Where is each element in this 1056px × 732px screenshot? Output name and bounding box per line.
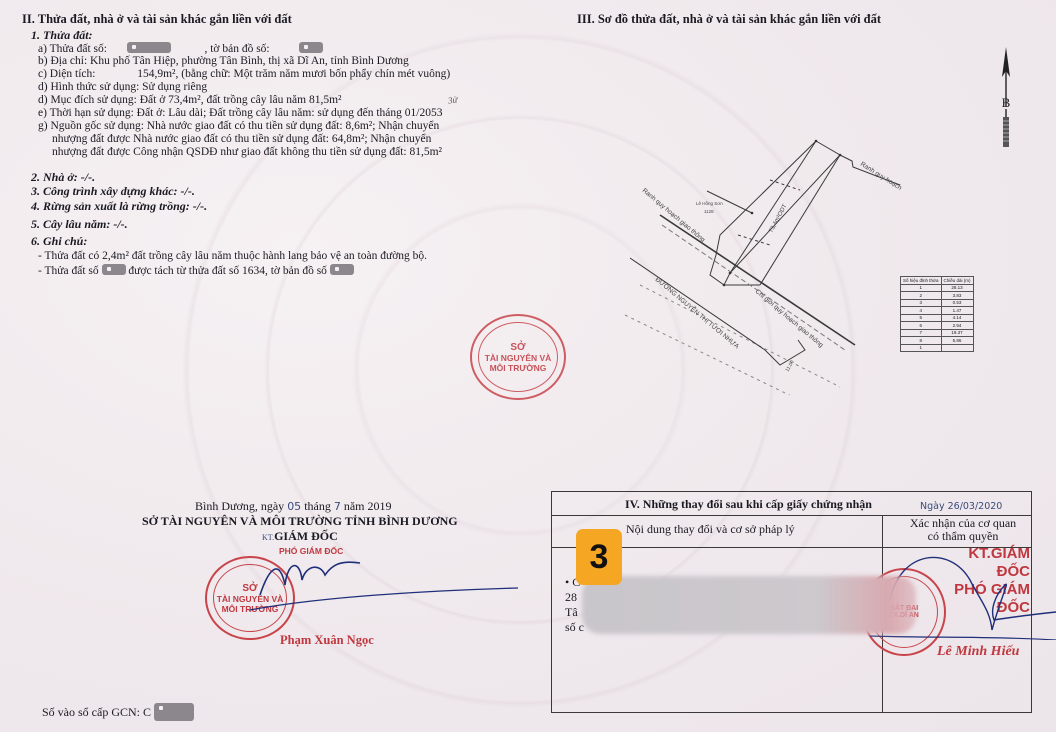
area-label: c) Diện tích:	[38, 68, 95, 80]
edge-table-row: 54.14	[901, 314, 974, 322]
edge-length: 2.94	[941, 322, 973, 330]
overlay-index-badge: 3	[576, 529, 622, 585]
left-signer-name: Phạm Xuân Ngọc	[280, 633, 374, 648]
map-sheet-label: , tờ bản đồ số:	[204, 43, 269, 55]
section-3-title: III. Sơ đồ thửa đất, nhà ở và tài sản kh…	[577, 12, 881, 27]
note-1: - Thửa đất có 2,4m² đất trồng cây lâu nă…	[38, 250, 427, 263]
origin-line-3: nhượng đất được Công nhận QSDĐ như giao …	[52, 146, 442, 159]
parcel-diagram: Ranh quy hoạch Ranh quy hoạch giao thông…	[620, 125, 920, 395]
edge-table-row: 41.47	[901, 307, 974, 315]
redacted-map-sheet	[299, 42, 323, 53]
edge-vertex: 7	[901, 329, 942, 337]
svg-text:Ranh quy hoạch giao thông: Ranh quy hoạch giao thông	[641, 187, 707, 244]
edge-length: 28.13	[941, 284, 973, 292]
svg-text:Lê Hồng Sơn: Lê Hồng Sơn	[696, 201, 723, 206]
redacted-map-ref	[330, 264, 354, 275]
edge-table-header-length: Chiều dài (m)	[941, 277, 973, 285]
address-line: b) Địa chỉ: Khu phố Tân Hiệp, phường Tân…	[38, 55, 409, 68]
note-2: - Thửa đất số được tách từ thửa đất số 1…	[38, 264, 354, 278]
redacted-parcel-ref	[102, 264, 126, 275]
note-2-prefix: - Thửa đất số	[38, 265, 99, 277]
edge-table-row: 85.86	[901, 337, 974, 345]
year-label: năm 2019	[344, 499, 392, 513]
edge-vertex: 1	[901, 284, 942, 292]
usage-form-line: d) Hình thức sử dụng: Sử dụng riêng	[38, 81, 207, 94]
edge-vertex: 1	[901, 344, 942, 352]
edge-length: 0.53	[941, 299, 973, 307]
svg-text:Ranh quy hoạch: Ranh quy hoạch	[859, 161, 903, 192]
item-other-construction: 3. Công trình xây dựng khác: -/-.	[31, 184, 195, 199]
land-heading: 1. Thửa đất:	[31, 28, 93, 43]
edge-table-row: 62.94	[901, 322, 974, 330]
redacted-parcel-number	[127, 42, 171, 53]
edge-vertex: 3	[901, 299, 942, 307]
handwritten-note: 3ử	[447, 94, 458, 105]
stamp-line-1: SỞ	[472, 342, 564, 353]
edge-vertex: 2	[901, 292, 942, 300]
edge-table-row: 128.13	[901, 284, 974, 292]
left-signature	[240, 555, 520, 625]
edge-vertex: 6	[901, 322, 942, 330]
position-prefix: KT.	[262, 533, 274, 542]
purpose-line: d) Mục đích sử dụng: Đất ở 73,4m², đất t…	[38, 94, 341, 107]
note-2-suffix: được tách từ thửa đất số 1634, tờ bản đồ…	[128, 265, 327, 277]
item-perennial-trees: 5. Cây lâu năm: -/-.	[31, 217, 128, 232]
area-value: 154,9m², (bằng chữ: Một trăm năm mươi bố…	[137, 68, 450, 80]
edge-table-row: 30.53	[901, 299, 974, 307]
origin-line-1: g) Nguồn gốc sử dụng: Nhà nước giao đất …	[38, 120, 439, 133]
date-day: 05	[287, 500, 301, 513]
area-line: c) Diện tích: 154,9m², (bằng chữ: Một tr…	[38, 68, 450, 81]
right-signer-name: Lê Minh Hiếu	[937, 644, 1019, 660]
edge-table-row: 719.37	[901, 329, 974, 337]
stamp-line-2: TÀI NGUYÊN VÀ	[472, 353, 564, 363]
stamp-line-3: MÔI TRƯỜNG	[472, 363, 564, 373]
svg-text:ĐƯỜNG NGUYỄN THỊ TƯƠI NHỰA: ĐƯỜNG NGUYỄN THỊ TƯƠI NHỰA	[654, 275, 742, 351]
section-4-title: IV. Những thay đổi sau khi cấp giấy chứn…	[625, 497, 872, 512]
edge-length: 5.86	[941, 337, 973, 345]
section-2-title: II. Thửa đất, nhà ở và tài sản khác gắn …	[22, 12, 292, 27]
edge-length-table: Số hiệu đỉnh thửa Chiều dài (m) 128.1323…	[900, 276, 974, 352]
position-label: GIÁM ĐỐC	[274, 529, 338, 543]
item-planted-forest: 4. Rừng sản xuất là rừng trồng: -/-.	[31, 199, 207, 214]
place-date: Bình Dương, ngày 05 tháng 7 năm 2019	[195, 499, 392, 514]
edge-length	[941, 344, 973, 352]
item-house: 2. Nhà ở: -/-.	[31, 170, 95, 185]
redacted-registry-number	[154, 703, 194, 721]
entry-line-4: số c	[565, 620, 584, 635]
registry-label: Số vào sổ cấp GCN: C	[42, 705, 151, 719]
date-month: 7	[334, 500, 341, 513]
edge-length: 19.37	[941, 329, 973, 337]
issuing-agency: SỞ TÀI NGUYÊN VÀ MÔI TRƯỜNG TỈNH BÌNH DƯ…	[142, 514, 458, 529]
registry-number: Số vào sổ cấp GCN: C	[42, 703, 194, 721]
edge-vertex: 5	[901, 314, 942, 322]
edge-table-header-vertex: Số hiệu đỉnh thửa	[901, 277, 942, 285]
edge-table-row: 1	[901, 344, 974, 352]
term-line: e) Thời hạn sử dụng: Đất ở: Lâu dài; Đất…	[38, 107, 442, 120]
edge-vertex: 4	[901, 307, 942, 315]
svg-text:1128: 1128	[704, 209, 714, 214]
edge-length: 1.47	[941, 307, 973, 315]
north-arrow-icon: B	[996, 45, 1016, 155]
parcel-number-label: a) Thửa đất số:	[38, 43, 107, 55]
svg-text:B: B	[1002, 95, 1011, 110]
place-date-prefix: Bình Dương, ngày	[195, 499, 284, 513]
edge-table-row: 23.83	[901, 292, 974, 300]
origin-line-2: nhượng đất được Nhà nước giao đất có thu…	[52, 133, 431, 146]
edge-length: 3.83	[941, 292, 973, 300]
svg-text:73,4m²ODT: 73,4m²ODT	[768, 203, 788, 234]
item-notes-heading: 6. Ghi chú:	[31, 234, 87, 249]
director-title: KT.GIÁM ĐỐC	[262, 529, 338, 544]
edge-length: 4.14	[941, 314, 973, 322]
handwritten-change-date: Ngày 26/03/2020	[920, 501, 1002, 512]
column-content-header: Nội dung thay đổi và cơ sở pháp lý	[626, 522, 795, 537]
edge-vertex: 8	[901, 337, 942, 345]
month-label: tháng	[304, 499, 331, 513]
center-stamp: SỞ TÀI NGUYÊN VÀ MÔI TRƯỜNG	[470, 314, 566, 400]
redacted-change-content	[582, 576, 916, 634]
